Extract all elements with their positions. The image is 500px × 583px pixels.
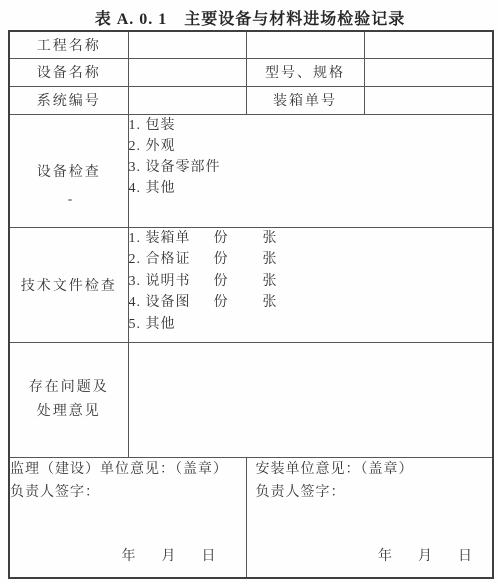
page-title: 表 A. 0. 1 主要设备与材料进场检验记录 bbox=[0, 6, 500, 29]
problems-content-cell bbox=[128, 342, 493, 457]
tech-doc-item-sheets-unit: 张 bbox=[263, 231, 278, 246]
table-row: 工程名称 bbox=[9, 31, 493, 58]
inspection-record-table: 工程名称 设备名称 型号、规格 系统编号 装箱单号 设备检查 1. 包装 2. … bbox=[8, 30, 494, 579]
tech-doc-item-name: 2. 合格证 bbox=[129, 249, 214, 271]
project-name-value-cell bbox=[128, 31, 246, 58]
equipment-check-content-cell: 1. 包装 2. 外观 3. 设备零部件 4. 其他 bbox=[128, 114, 493, 227]
installer-sign-label: 负责人签字： bbox=[256, 481, 493, 504]
packing-number-label-cell: 装箱单号 bbox=[246, 86, 364, 114]
date-day: 日 bbox=[458, 549, 472, 564]
tech-doc-item-sheets-unit: 张 bbox=[263, 274, 278, 289]
date-month: 月 bbox=[162, 549, 176, 564]
supervisor-date-line: 年月日 bbox=[96, 545, 216, 565]
tech-doc-item-copies-unit: 份 bbox=[214, 292, 263, 314]
packing-number-value-cell bbox=[364, 86, 493, 114]
equipment-check-item: 2. 外观 bbox=[129, 136, 493, 157]
tech-doc-item-name: 1. 装箱单 bbox=[129, 228, 214, 250]
table-row: 设备检查 1. 包装 2. 外观 3. 设备零部件 4. 其他 bbox=[9, 114, 493, 227]
table-row: 技术文件检查 1. 装箱单份张 2. 合格证份张 3. 说明书份张 4. 设备图… bbox=[9, 227, 493, 342]
system-number-value-cell bbox=[128, 86, 246, 114]
supervisor-opinion-title: 监理（建设）单位意见：（盖章） bbox=[10, 458, 246, 481]
equipment-check-item: 4. 其他 bbox=[129, 178, 493, 199]
equipment-name-label-cell: 设备名称 bbox=[9, 58, 128, 86]
model-spec-label-cell: 型号、规格 bbox=[246, 58, 364, 86]
table-row: 存在问题及 处理意见 bbox=[9, 342, 493, 457]
installer-opinion-title: 安装单位意见：（盖章） bbox=[256, 458, 493, 481]
table-row: 监理（建设）单位意见：（盖章） 负责人签字： 年月日 安装单位意见：（盖章） 负… bbox=[9, 457, 493, 578]
document-page: 表 A. 0. 1 主要设备与材料进场检验记录 工程名称 设备名称 型号、规格 … bbox=[0, 0, 500, 583]
tech-doc-item-name: 3. 说明书 bbox=[129, 271, 214, 293]
installer-date-line: 年月日 bbox=[352, 545, 472, 565]
date-day: 日 bbox=[202, 549, 216, 564]
scan-speck bbox=[68, 199, 72, 201]
problems-label-line1: 存在问题及 bbox=[10, 376, 128, 400]
problems-label-cell: 存在问题及 处理意见 bbox=[9, 342, 128, 457]
equipment-check-item: 1. 包装 bbox=[129, 115, 493, 136]
tech-doc-content-cell: 1. 装箱单份张 2. 合格证份张 3. 说明书份张 4. 设备图份张 5. 其… bbox=[128, 227, 493, 342]
tech-doc-check-label-cell: 技术文件检查 bbox=[9, 227, 128, 342]
tech-doc-item: 3. 说明书份张 bbox=[129, 271, 493, 293]
tech-doc-item-name: 5. 其他 bbox=[129, 314, 214, 336]
equipment-check-label-cell: 设备检查 bbox=[9, 114, 128, 227]
equipment-check-item: 3. 设备零部件 bbox=[129, 157, 493, 178]
tech-doc-item: 2. 合格证份张 bbox=[129, 249, 493, 271]
supervisor-sign-label: 负责人签字： bbox=[10, 481, 246, 504]
equipment-name-value-cell bbox=[128, 58, 246, 86]
row1-blank-cell-1 bbox=[246, 31, 364, 58]
tech-doc-item-copies-unit: 份 bbox=[214, 249, 263, 271]
date-month: 月 bbox=[418, 549, 432, 564]
installer-opinion-cell: 安装单位意见：（盖章） 负责人签字： 年月日 bbox=[246, 457, 493, 578]
tech-doc-item-sheets-unit: 张 bbox=[263, 252, 278, 267]
date-year: 年 bbox=[122, 549, 136, 564]
table-row: 设备名称 型号、规格 bbox=[9, 58, 493, 86]
tech-doc-item-copies-unit: 份 bbox=[214, 271, 263, 293]
tech-doc-item: 4. 设备图份张 bbox=[129, 292, 493, 314]
row1-blank-cell-2 bbox=[364, 31, 493, 58]
tech-doc-item: 1. 装箱单份张 bbox=[129, 228, 493, 250]
tech-doc-item-sheets-unit: 张 bbox=[263, 295, 278, 310]
model-spec-value-cell bbox=[364, 58, 493, 86]
supervisor-opinion-cell: 监理（建设）单位意见：（盖章） 负责人签字： 年月日 bbox=[9, 457, 246, 578]
tech-doc-item-copies-unit: 份 bbox=[214, 228, 263, 250]
problems-label-line2: 处理意见 bbox=[10, 400, 128, 424]
project-name-label-cell: 工程名称 bbox=[9, 31, 128, 58]
date-year: 年 bbox=[378, 549, 392, 564]
tech-doc-item-name: 4. 设备图 bbox=[129, 292, 214, 314]
tech-doc-item: 5. 其他 bbox=[129, 314, 493, 336]
system-number-label-cell: 系统编号 bbox=[9, 86, 128, 114]
table-row: 系统编号 装箱单号 bbox=[9, 86, 493, 114]
